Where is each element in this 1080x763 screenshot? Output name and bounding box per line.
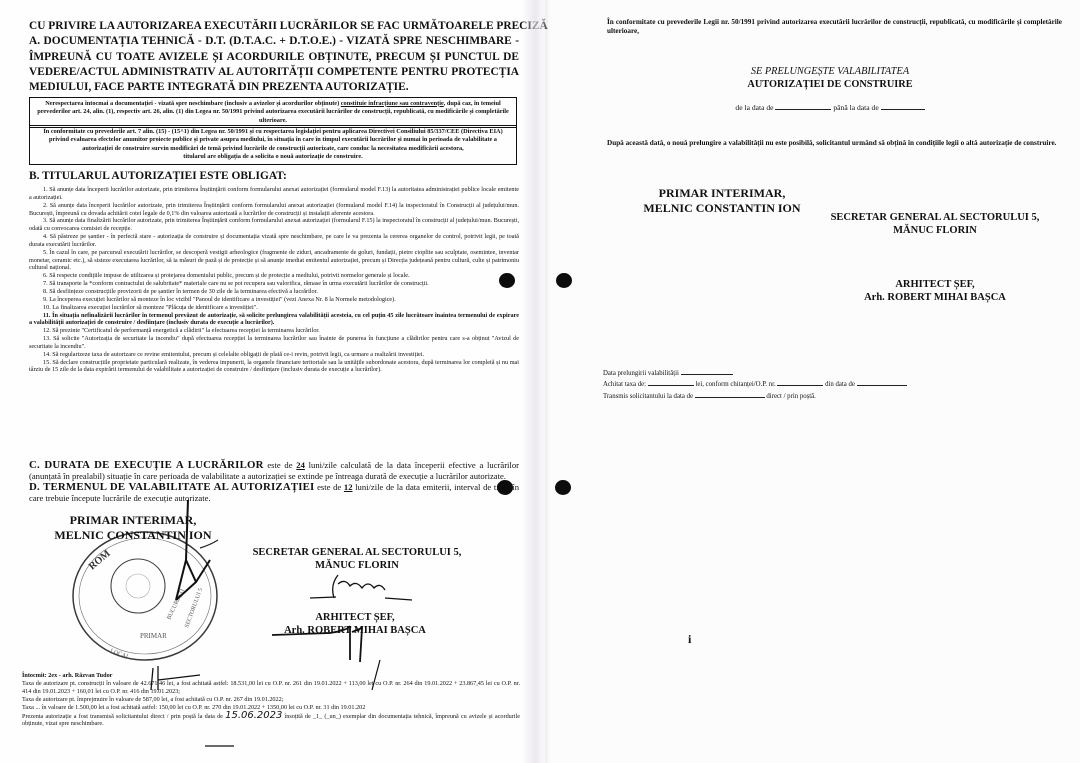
secretary-name: MĂNUC FLORIN (232, 559, 482, 572)
section-c-d: C. DURATA DE EXECUȚIE A LUCRĂRILOR este … (29, 460, 519, 504)
obligations-list: 1. Să anunțe data începerii lucrărilor a… (29, 186, 519, 374)
section-c: C. DURATA DE EXECUȚIE A LUCRĂRILOR este … (29, 460, 519, 482)
section-c-title: C. DURATA DE EXECUȚIE A LUCRĂRILOR (29, 459, 264, 471)
binder-hole-icon (499, 273, 515, 288)
obligation-item: 1. Să anunțe data începerii lucrărilor a… (29, 186, 519, 202)
date-from-label: de la data de (735, 103, 773, 112)
date-to-field[interactable] (881, 102, 925, 110)
svg-text:SECTORULUI 5: SECTORULUI 5 (184, 587, 204, 628)
receipt-field[interactable] (777, 378, 823, 386)
secretary-title: SECRETAR GENERAL AL SECTORULUI 5, (820, 211, 1050, 224)
delivery-method-label: direct / prin poștă. (766, 393, 815, 400)
fee-field[interactable] (648, 378, 694, 386)
obligation-item: 6. Să respecte condițiile impuse de util… (29, 272, 519, 280)
conformity-text: În conformitate cu prevederile Legii nr.… (607, 18, 1062, 37)
section-d: D. TERMENUL DE VALABILITATE AL AUTORIZAȚ… (29, 482, 519, 504)
receipt-date-label: din data de (825, 381, 855, 388)
section-b-title: B. TITULARUL AUTORIZAȚIEI ESTE OBLIGAT: (29, 170, 287, 182)
obligation-item: 15. Să declare construcțiile proprietate… (29, 359, 519, 375)
architect-name: Arh. ROBERT MIHAI BAȘCA (840, 291, 1030, 304)
left-architect-signature-block: ARHITECT ȘEF, Arh. ROBERT MIHAI BAȘCA (255, 611, 455, 637)
mayor-name: MELNIC CONSTANTIN ION (48, 528, 218, 543)
obligation-item: 3. Să anunțe data finalizării lucrărilor… (29, 217, 519, 233)
prepared-by: Întocmit: 2ex - arh. Răzvan Tudor (22, 672, 112, 679)
eia-last-line: titularul are obligația de a solicita o … (183, 153, 362, 160)
transmitted-label: Transmis solicitantului la data de (603, 393, 693, 400)
obligation-item: 12. Să prezinte "Certificatul de perform… (29, 327, 519, 335)
receipt-date-field[interactable] (857, 378, 907, 386)
extension-form-fields: Data prelungirii valabilității Achitat t… (603, 367, 983, 401)
header-line: CU PRIVIRE LA AUTORIZAREA EXECUTĂRII LUC… (29, 19, 519, 34)
mayor-title: PRIMAR INTERIMAR, (627, 186, 817, 201)
obligation-item: 8. Să desființeze construcțiile provizor… (29, 288, 519, 296)
left-secretary-signature-block: SECRETAR GENERAL AL SECTORULUI 5, MĂNUC … (232, 546, 482, 572)
left-mayor-signature-block: PRIMAR INTERIMAR, MELNIC CONSTANTIN ION (48, 513, 218, 543)
right-secretary-signature-block: SECRETAR GENERAL AL SECTORULUI 5, MĂNUC … (820, 211, 1050, 237)
validity-term-value: 12 (344, 482, 353, 492)
obligation-item: 13. Să solicite "Autorizația de securita… (29, 335, 519, 351)
obligation-item: 9. La începerea execuției lucrărilor să … (29, 296, 519, 304)
binder-hole-icon (497, 480, 513, 495)
mayor-name: MELNIC CONSTANTIN ION (627, 201, 817, 216)
secretary-title: SECRETAR GENERAL AL SECTORULUI 5, (232, 546, 482, 559)
section-d-title: D. TERMENUL DE VALABILITATE AL AUTORIZAȚ… (29, 481, 314, 493)
svg-text:PRIMAR: PRIMAR (140, 632, 167, 640)
document-page-left: CU PRIVIRE LA AUTORIZAREA EXECUTĂRII LUC… (0, 0, 545, 763)
extension-title: SE PRELUNGEȘTE VALABILITATEA AUTORIZAȚIE… (700, 66, 960, 91)
fee-line-construction: Taxa de autorizare pt. construcții în va… (22, 680, 520, 696)
extension-dates: de la data de până la data de (695, 102, 965, 112)
right-mayor-signature-block: PRIMAR INTERIMAR, MELNIC CONSTANTIN ION (627, 186, 817, 216)
stray-mark: i (688, 632, 691, 647)
clarifications-header: CU PRIVIRE LA AUTORIZAREA EXECUTĂRII LUC… (29, 19, 519, 95)
mayor-title: PRIMAR INTERIMAR, (48, 513, 218, 528)
section-c-pre: este de (264, 460, 297, 470)
binder-hole-icon (555, 480, 571, 495)
transmission-pre: Prezenta autorizație a fost transmisă so… (22, 713, 225, 720)
obligation-item: 14. Să regularizeze taxa de autorizare c… (29, 351, 519, 359)
extension-title-main: AUTORIZAȚIEI DE CONSTRUIRE (700, 79, 960, 92)
architect-title: ARHITECT ȘEF, (840, 278, 1030, 291)
page-fold-shadow (522, 0, 552, 763)
warning-text: Nerespectarea întocmai a documentației -… (45, 100, 341, 107)
transmission-line: Prezenta autorizație a fost transmisă so… (22, 712, 520, 729)
handwritten-date: 15.06.2023 (225, 710, 282, 721)
after-date-text: După această dată, o nouă prelungire a v… (607, 139, 1062, 148)
execution-duration-value: 24 (296, 460, 305, 470)
secretary-name: MĂNUC FLORIN (820, 224, 1050, 237)
section-a-text: A. DOCUMENTAȚIA TEHNICĂ - D.T. (D.T.A.C.… (29, 34, 519, 95)
binder-hole-icon (556, 273, 572, 288)
warning-box-infraction: Nerespectarea întocmai a documentației -… (29, 97, 517, 128)
section-d-pre: este de (314, 482, 343, 492)
date-from-field[interactable] (775, 102, 831, 110)
extension-date-label: Data prelungirii valabilității (603, 370, 679, 377)
obligation-item: 4. Să păstreze pe șantier - în perfectă … (29, 233, 519, 249)
official-stamp-icon: ROM PRIMAR BUCUREȘTI SECTORULUI 5 LOCAL (70, 528, 230, 663)
architect-title: ARHITECT ȘEF, (255, 611, 455, 624)
warning-box-eia: În conformitate cu prevederile art. 7 al… (29, 125, 517, 165)
fee-label: Achitat taxa de: (603, 381, 646, 388)
transmitted-date-field[interactable] (695, 390, 765, 398)
obligation-item: 5. În cazul în care, pe parcursul execut… (29, 249, 519, 273)
obligation-item: 2. Să anunțe data începerii lucrărilor a… (29, 202, 519, 218)
architect-name: Arh. ROBERT MIHAI BAȘCA (255, 624, 455, 637)
eia-text: În conformitate cu prevederile art. 7 al… (43, 128, 502, 152)
document-page-right: În conformitate cu prevederile Legii nr.… (548, 0, 1080, 763)
warning-underlined: constituie infracțiune sau contravenție (341, 100, 444, 107)
obligation-item: 10. La finalizarea execuției lucrărilor … (29, 304, 519, 312)
receipt-label: lei, conform chitanței/O.P. nr. (695, 381, 775, 388)
obligation-item: 7. Să transporte la *conform contractulu… (29, 280, 519, 288)
obligation-item: 11. În situația nefinalizării lucrărilor… (29, 312, 519, 328)
date-to-label: până la data de (833, 103, 878, 112)
extension-title-italic: SE PRELUNGEȘTE VALABILITATEA (751, 66, 909, 77)
extension-date-field[interactable] (681, 367, 733, 375)
svg-text:BUCUREȘTI: BUCUREȘTI (166, 588, 186, 621)
fee-line-fence: Taxa de autorizare pt. împrejmuire în va… (22, 696, 520, 704)
right-architect-signature-block: ARHITECT ȘEF, Arh. ROBERT MIHAI BAȘCA (840, 278, 1030, 304)
payment-footer: Întocmit: 2ex - arh. Răzvan Tudor Taxa d… (22, 672, 520, 728)
svg-text:ROM: ROM (87, 548, 113, 572)
